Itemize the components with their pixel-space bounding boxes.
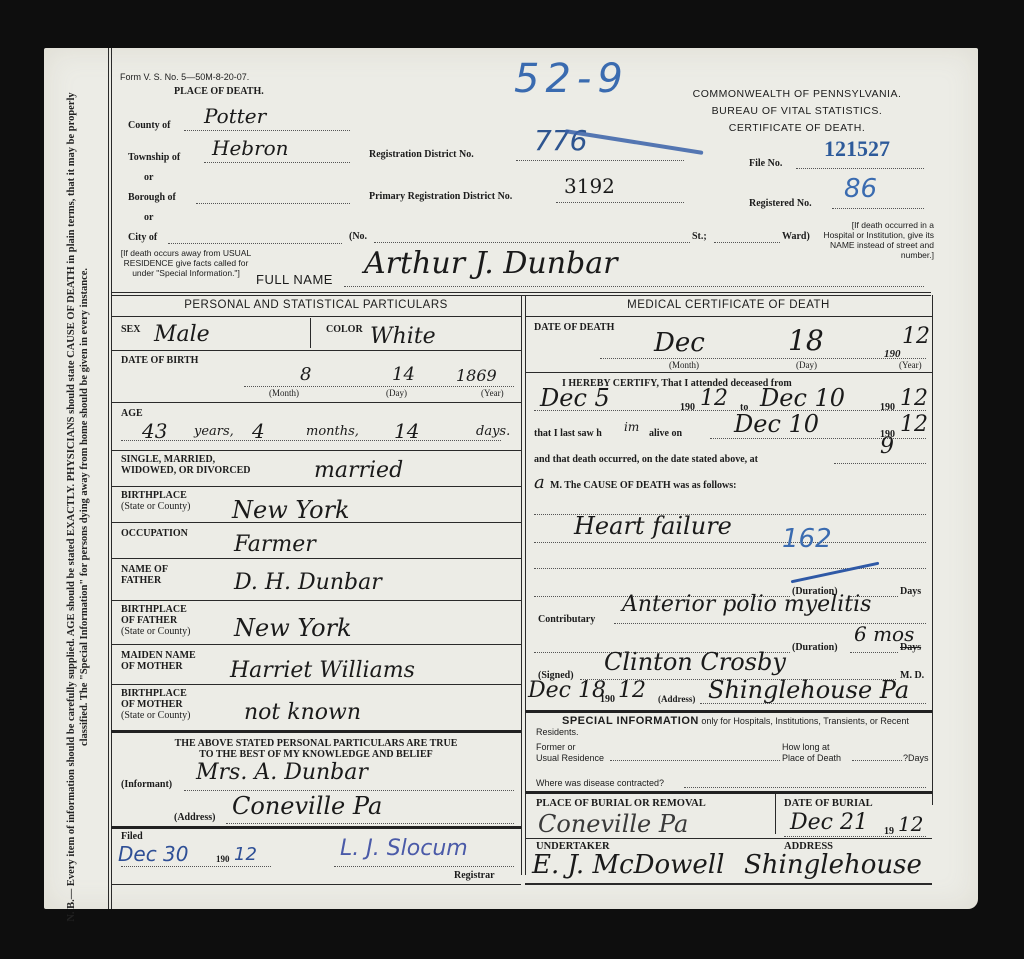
city-field[interactable]: [168, 231, 342, 244]
city-label: City of: [128, 232, 157, 243]
father-label-line-1: NAME OF: [121, 564, 168, 575]
filed-year-prefix: 190: [216, 854, 230, 864]
age-days: 14: [394, 419, 419, 443]
ward-label: Ward): [782, 231, 810, 242]
last-saw-date: Dec 10: [734, 410, 819, 438]
registered-no-label: Registered No.: [749, 198, 812, 209]
right-border: [932, 295, 933, 805]
undertaker-address-value[interactable]: Shinglehouse: [744, 850, 922, 880]
section-divider-thick: [525, 791, 932, 794]
dob-year: 1869: [456, 366, 497, 385]
mother-label: MAIDEN NAME OF MOTHER: [121, 650, 196, 672]
dod-month: Dec: [654, 328, 705, 358]
special-info-header: SPECIAL INFORMATION only for Hospitals, …: [536, 716, 930, 738]
section-divider-thick: [525, 710, 932, 713]
age-years: 43: [142, 419, 167, 443]
last-saw-him: im: [624, 420, 639, 434]
days-label-2: Days: [900, 642, 921, 653]
mother-bp-sub: (State or County): [121, 710, 190, 721]
mother-label-line-1: MAIDEN NAME: [121, 650, 196, 661]
burial-place-label: PLACE OF BURIAL OR REMOVAL: [536, 798, 706, 809]
contracted-label: Where was disease contracted?: [536, 778, 664, 788]
mother-bp-line-2: OF MOTHER: [121, 699, 190, 710]
township-label: Township of: [128, 152, 180, 163]
cause-value[interactable]: Heart failure: [574, 512, 732, 540]
dod-field[interactable]: [600, 348, 926, 359]
death-certificate: N. B.— Every item of information should …: [44, 48, 978, 909]
undertaker-value[interactable]: E. J. McDowell: [532, 850, 724, 880]
ward-field[interactable]: [714, 230, 780, 243]
burial-year-value: 12: [898, 812, 923, 836]
signed-date: Dec 18: [528, 678, 606, 703]
county-label: County of: [128, 120, 171, 131]
row-divider: [525, 316, 932, 317]
dod-year: 12: [902, 324, 930, 349]
attended-to: Dec 10: [760, 384, 845, 412]
registered-no-value: 86: [844, 174, 877, 204]
medical-address-value: Shinglehouse Pa: [708, 676, 909, 704]
father-label-line-2: FATHER: [121, 575, 168, 586]
marital-value[interactable]: married: [314, 458, 403, 483]
medical-address-label: (Address): [658, 694, 695, 704]
marital-label-line-2: WIDOWED, OR DIVORCED: [121, 465, 251, 476]
former-label-line-1: Former or: [536, 742, 604, 753]
contributory-value: Anterior polio myelitis: [622, 592, 871, 617]
sex-label: SEX: [121, 324, 140, 335]
row-divider: [111, 402, 521, 403]
year-caption: (Year): [481, 388, 504, 398]
death-hour: 9: [880, 434, 894, 459]
dod-day: 18: [788, 324, 824, 357]
file-no-label: File No.: [749, 158, 782, 169]
attended-to-year-prefix: 190: [880, 402, 895, 413]
center-divider: [525, 295, 526, 875]
former-label-line-2: Usual Residence: [536, 753, 604, 764]
age-days-label: days.: [476, 424, 510, 439]
statement-line-2: TO THE BEST OF MY KNOWLEDGE AND BELIEF: [111, 749, 521, 760]
registration-district-value: 776: [534, 124, 587, 157]
how-long-unit: ?Days: [903, 753, 929, 763]
row-divider: [111, 558, 521, 559]
filed-label: Filed: [121, 831, 143, 842]
section-divider: [111, 292, 931, 293]
away-note: [If death occurs away from USUAL RESIDEN…: [120, 248, 252, 278]
how-long-field[interactable]: [852, 751, 902, 761]
attended-from-year: 12: [700, 386, 728, 411]
primary-district-value: 3192: [564, 174, 615, 198]
signed-value: Clinton Crosby: [604, 648, 786, 676]
burial-date-value: Dec 21: [790, 810, 868, 835]
informant-statement: THE ABOVE STATED PERSONAL PARTICULARS AR…: [111, 738, 521, 760]
duration-label-2: (Duration): [792, 642, 838, 653]
dod-year-prefix: 190: [884, 348, 901, 360]
personal-section-title: PERSONAL AND STATISTICAL PARTICULARS: [111, 299, 521, 311]
street-no-label: (No.: [349, 231, 367, 242]
header-line-3: CERTIFICATE OF DEATH.: [672, 120, 922, 137]
father-bp-line-1: BIRTHPLACE: [121, 604, 190, 615]
row-divider: [111, 522, 521, 523]
birthplace-value[interactable]: New York: [232, 496, 350, 524]
father-birthplace-label: BIRTHPLACE OF FATHER (State or County): [121, 604, 190, 637]
father-birthplace-value[interactable]: New York: [234, 614, 352, 642]
am-pm: a: [534, 472, 545, 493]
place-of-death-title: PLACE OF DEATH.: [174, 86, 264, 97]
former-residence-field[interactable]: [610, 751, 780, 761]
full-name-label: FULL NAME: [256, 272, 333, 287]
attended-from-year-prefix: 190: [680, 402, 695, 413]
month-caption: (Month): [269, 388, 299, 398]
full-name-value: Arthur J. Dunbar: [364, 246, 617, 281]
signed-year: 12: [618, 678, 646, 703]
attended-from: Dec 5: [540, 384, 610, 412]
former-residence-label: Former or Usual Residence: [536, 742, 604, 764]
burial-divider: [775, 794, 776, 834]
informant-address-value: Coneville Pa: [232, 792, 382, 820]
row-divider: [111, 644, 521, 645]
contracted-field[interactable]: [684, 778, 926, 788]
header-line-2: BUREAU OF VITAL STATISTICS.: [672, 103, 922, 120]
sex-color-divider: [310, 318, 311, 348]
marital-label: SINGLE, MARRIED, WIDOWED, OR DIVORCED: [121, 454, 251, 476]
informant-value: Mrs. A. Dunbar: [196, 760, 368, 785]
header-line-1: COMMONWEALTH OF PENNSYLVANIA.: [672, 86, 922, 103]
occupation-label: OCCUPATION: [121, 528, 188, 539]
marital-label-line-1: SINGLE, MARRIED,: [121, 454, 251, 465]
last-saw-text-1: that I last saw h: [534, 428, 602, 439]
mother-label-line-2: OF MOTHER: [121, 661, 196, 672]
row-divider: [111, 600, 521, 601]
color-value[interactable]: White: [370, 324, 436, 349]
attended-to-year: 12: [900, 386, 928, 411]
age-months: 4: [252, 419, 265, 443]
section-divider-thick: [111, 826, 521, 829]
father-value[interactable]: D. H. Dunbar: [234, 570, 382, 595]
dod-label: DATE OF DEATH: [534, 322, 614, 333]
st-label: St.;: [692, 231, 707, 242]
birthplace-label: BIRTHPLACE (State or County): [121, 490, 190, 512]
days-label-1: Days: [900, 586, 921, 597]
row-divider: [525, 838, 932, 839]
side-note: N. B.— Every item of information should …: [65, 87, 119, 927]
row-divider: [111, 350, 521, 351]
certificate-header: COMMONWEALTH OF PENNSYLVANIA. BUREAU OF …: [672, 86, 922, 137]
borough-label: Borough of: [128, 192, 176, 203]
burial-date-label: DATE OF BURIAL: [784, 798, 873, 809]
borough-field[interactable]: [196, 191, 350, 204]
sex-value[interactable]: Male: [154, 322, 210, 347]
informant-address-label: (Address): [174, 812, 215, 823]
filed-year: 12: [234, 844, 257, 865]
form-number: Form V. S. No. 5—50M-8-20-07.: [120, 72, 249, 82]
mother-bp-line-1: BIRTHPLACE: [121, 688, 190, 699]
how-long-label: How long at Place of Death: [782, 742, 841, 764]
center-divider: [521, 295, 522, 875]
filed-date: Dec 30: [118, 842, 189, 866]
county-value: Potter: [204, 104, 266, 128]
street-field[interactable]: [374, 230, 690, 243]
death-occurred-text: and that death occurred, on the date sta…: [534, 454, 758, 465]
registration-district-label: Registration District No.: [369, 149, 474, 160]
medical-section-title: MEDICAL CERTIFICATE OF DEATH: [525, 299, 932, 311]
dod-year-caption: (Year): [899, 360, 922, 370]
bottom-line: [525, 883, 932, 885]
day-caption: (Day): [386, 388, 407, 398]
color-label: COLOR: [326, 324, 363, 335]
informant-label: (Informant): [121, 779, 172, 790]
registrar-signature: L. J. Slocum: [340, 836, 468, 861]
statement-line-1: THE ABOVE STATED PERSONAL PARTICULARS AR…: [111, 738, 521, 749]
father-bp-sub: (State or County): [121, 626, 190, 637]
annotation-top: 52-9: [514, 56, 629, 102]
primary-district-label: Primary Registration District No.: [369, 191, 512, 202]
age-months-label: months,: [306, 424, 359, 439]
file-no-value: 121527: [824, 136, 890, 162]
occupation-value[interactable]: Farmer: [234, 532, 316, 557]
row-divider: [111, 450, 521, 451]
father-label: NAME OF FATHER: [121, 564, 168, 586]
row-divider: [111, 684, 521, 685]
cause-text: M. The CAUSE OF DEATH was as follows:: [550, 480, 737, 491]
burial-year-prefix: 19: [884, 826, 894, 837]
row-divider: [525, 372, 932, 373]
last-saw-text-2: alive on: [649, 428, 682, 439]
township-value: Hebron: [212, 136, 289, 160]
age-years-label: years,: [194, 424, 234, 439]
signed-year-prefix: 190: [600, 694, 615, 705]
or-1: or: [144, 172, 153, 183]
birthplace-label-line: BIRTHPLACE: [121, 490, 190, 501]
cause-code: 162: [782, 524, 832, 554]
last-saw-year: 12: [900, 412, 928, 437]
birthplace-sub: (State or County): [121, 501, 190, 512]
row-divider: [111, 316, 521, 317]
how-long-line-1: How long at: [782, 742, 841, 753]
or-2: or: [144, 212, 153, 223]
row-divider: [111, 486, 521, 487]
dod-day-caption: (Day): [796, 360, 817, 370]
contributory-label: Contributary: [538, 614, 595, 625]
row-divider: [111, 884, 521, 885]
mother-value[interactable]: Harriet Williams: [230, 658, 415, 683]
dob-label: DATE OF BIRTH: [121, 355, 198, 366]
mother-birthplace-label: BIRTHPLACE OF MOTHER (State or County): [121, 688, 190, 721]
section-divider-thick: [111, 730, 521, 733]
dob-day: 14: [392, 364, 415, 385]
burial-place-value[interactable]: Coneville Pa: [538, 810, 688, 838]
dod-month-caption: (Month): [669, 360, 699, 370]
age-label: AGE: [121, 408, 143, 419]
mother-birthplace-value[interactable]: not known: [244, 700, 361, 725]
registrar-label: Registrar: [454, 870, 495, 881]
special-info-title: SPECIAL INFORMATION: [562, 715, 699, 727]
how-long-line-2: Place of Death: [782, 753, 841, 764]
hospital-note: [If death occurred in a Hospital or Inst…: [822, 220, 934, 260]
dob-month: 8: [300, 364, 311, 385]
father-bp-line-2: OF FATHER: [121, 615, 190, 626]
